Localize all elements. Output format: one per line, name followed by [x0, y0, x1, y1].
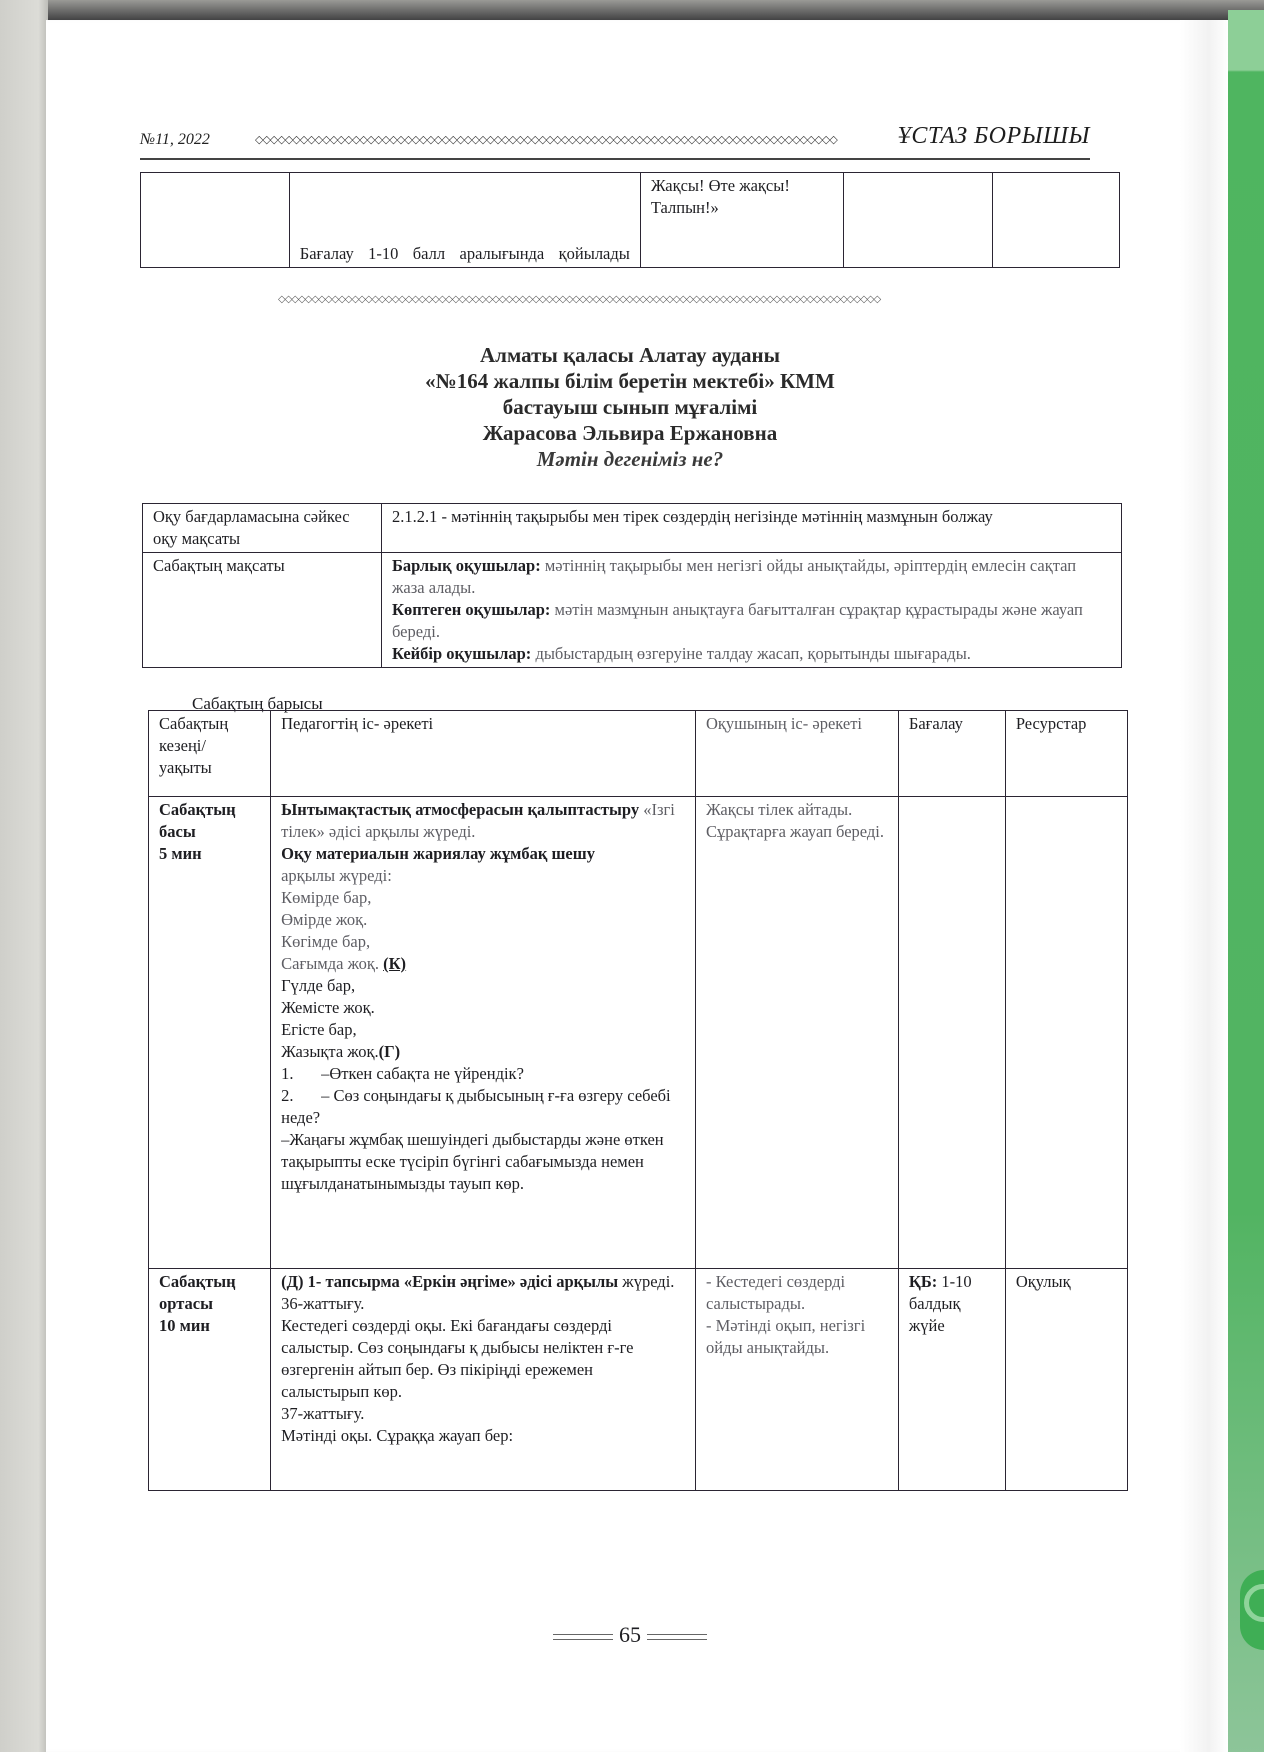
- previous-article-table: Бағалау 1-10 балл аралығында қойылады Жа…: [140, 172, 1120, 268]
- goal-most-students: Көптеген оқушылар: мәтін мазмұнын анықта…: [392, 599, 1111, 643]
- table-row: Сабақтың мақсаты Барлық оқушылар: мәтінн…: [143, 553, 1122, 668]
- running-header: №11, 2022 ◇◇◇◇◇◇◇◇◇◇◇◇◇◇◇◇◇◇◇◇◇◇◇◇◇◇◇◇◇◇…: [140, 125, 1090, 155]
- objectives-table: Оқу бағдарламасына сәйкес оқу мақсаты 2.…: [142, 503, 1122, 668]
- header-resources: Ресурстар: [1005, 711, 1127, 797]
- page-number-rule: [647, 1634, 707, 1640]
- table-cell: Бағалау 1-10 балл аралығында қойылады: [289, 173, 640, 268]
- table-header-row: Сабақтың кезеңі/ уақыты Педагогтің іс- ә…: [149, 711, 1128, 797]
- objective-value: 2.1.2.1 - мәтіннің тақырыбы мен тірек сө…: [382, 504, 1122, 553]
- stage-cell: Сабақтың басы 5 мин: [149, 797, 271, 1269]
- header-teacher: Педагогтің іс- әрекеті: [271, 711, 696, 797]
- student-activity-cell: Жақсы тілек айтады. Сұрақтарға жауап бер…: [696, 797, 899, 1269]
- issue-number: №11, 2022: [140, 131, 210, 149]
- scan-left-edge: [0, 0, 48, 1752]
- lesson-goal-value: Барлық оқушылар: мәтіннің тақырыбы мен н…: [382, 553, 1122, 668]
- goal-all-students: Барлық оқушылар: мәтіннің тақырыбы мен н…: [392, 555, 1111, 599]
- title-author: Жарасова Эльвира Ержановна: [140, 420, 1120, 446]
- header-rule: [140, 158, 1090, 160]
- table-cell: [844, 173, 993, 268]
- student-activity-cell: - Кестедегі сөздерді салыстырады. - Мәті…: [696, 1269, 899, 1491]
- table-row: Сабақтың ортасы 10 мин (Д) 1- тапсырма «…: [149, 1269, 1128, 1491]
- header-student: Оқушының іс- әрекеті: [696, 711, 899, 797]
- assessment-cell: ҚБ: 1-10 балдық жүйе: [898, 1269, 1005, 1491]
- scan-top-edge: [0, 0, 1264, 22]
- journal-title: ҰСТАЗ БОРЫШЫ: [898, 123, 1090, 150]
- article-title-block: Алматы қаласы Алатау ауданы «№164 жалпы …: [140, 342, 1120, 472]
- header-assessment: Бағалау: [898, 711, 1005, 797]
- ornament-icon: [1240, 1570, 1264, 1650]
- table-row: Сабақтың басы 5 мин Ынтымақтастық атмосф…: [149, 797, 1128, 1269]
- table-cell: [141, 173, 290, 268]
- teacher-activity-cell: (Д) 1- тапсырма «Еркін әңгіме» әдісі арқ…: [271, 1269, 696, 1491]
- objective-label: Оқу бағдарламасына сәйкес оқу мақсаты: [143, 504, 382, 553]
- title-city: Алматы қаласы Алатау ауданы: [140, 342, 1120, 368]
- header-stage: Сабақтың кезеңі/ уақыты: [149, 711, 271, 797]
- page-number: 65: [530, 1622, 730, 1648]
- title-school: «№164 жалпы білім беретін мектебі» КММ: [140, 368, 1120, 394]
- riddle-answer-k: (К): [383, 954, 406, 973]
- page-gutter: [1180, 20, 1228, 1752]
- table-cell: [993, 173, 1120, 268]
- lesson-topic: Мәтін дегеніміз не?: [140, 446, 1120, 472]
- teacher-activity-cell: Ынтымақтастық атмосферасын қалыптастыру …: [271, 797, 696, 1269]
- lesson-goal-label: Сабақтың мақсаты: [143, 553, 382, 668]
- table-cell: Жақсы! Өте жақсы! Талпын!»: [640, 173, 843, 268]
- title-position: бастауыш сынып мұғалімі: [140, 394, 1120, 420]
- header-ornament: ◇◇◇◇◇◇◇◇◇◇◇◇◇◇◇◇◇◇◇◇◇◇◇◇◇◇◇◇◇◇◇◇◇◇◇◇◇◇◇◇…: [255, 133, 1000, 146]
- page-number-rule: [553, 1634, 613, 1640]
- resources-cell: [1005, 797, 1127, 1269]
- goal-some-students: Кейбір оқушылар: дыбыстардың өзгеруіне т…: [392, 643, 1111, 665]
- resources-cell: Оқулық: [1005, 1269, 1127, 1491]
- table-row: Бағалау 1-10 балл аралығында қойылады Жа…: [141, 173, 1120, 268]
- stage-cell: Сабақтың ортасы 10 мин: [149, 1269, 271, 1491]
- riddle-answer-g: (Г): [379, 1042, 401, 1061]
- section-divider-ornament: ◇◇◇◇◇◇◇◇◇◇◇◇◇◇◇◇◇◇◇◇◇◇◇◇◇◇◇◇◇◇◇◇◇◇◇◇◇◇◇◇…: [278, 294, 958, 305]
- assessment-cell: [898, 797, 1005, 1269]
- lesson-progress-table: Сабақтың кезеңі/ уақыты Педагогтің іс- ә…: [148, 710, 1128, 1491]
- table-row: Оқу бағдарламасына сәйкес оқу мақсаты 2.…: [143, 504, 1122, 553]
- cover-green-edge: [1228, 10, 1264, 1752]
